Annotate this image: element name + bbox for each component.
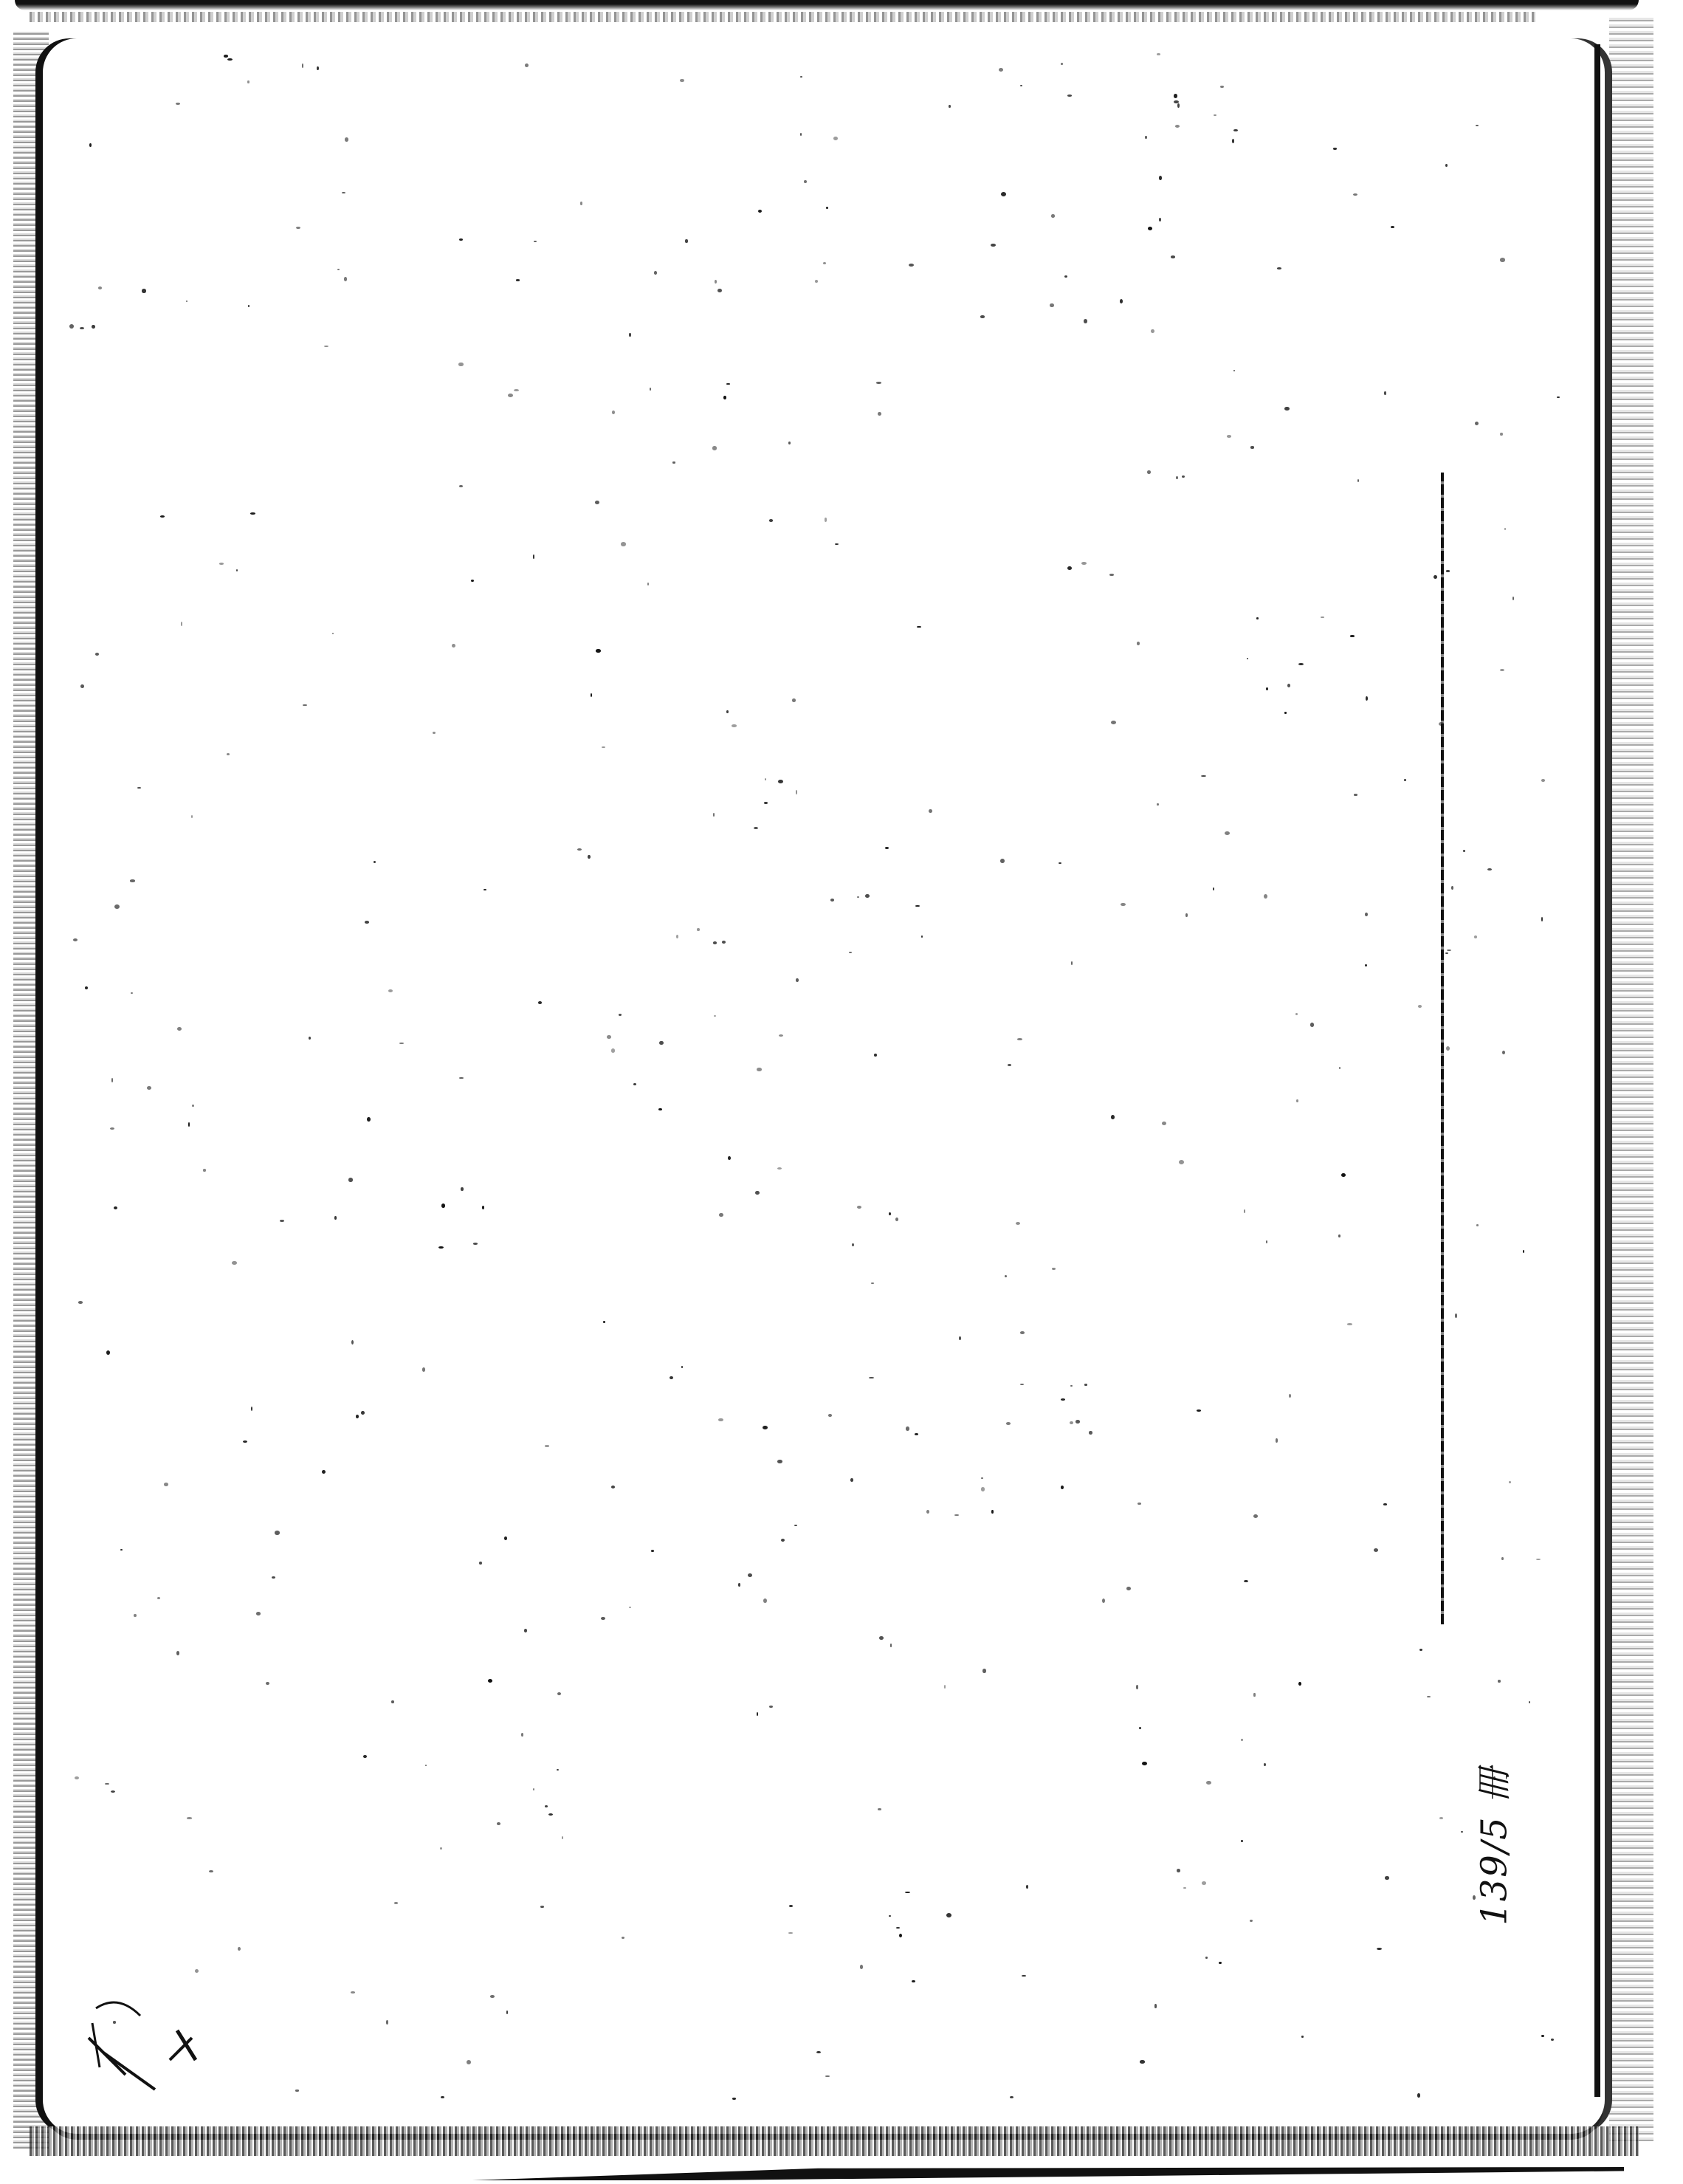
paper-speck	[98, 286, 102, 289]
paper-speck	[857, 896, 859, 898]
paper-speck	[1338, 1234, 1340, 1237]
paper-speck	[1174, 100, 1179, 103]
paper-speck	[1244, 1209, 1245, 1213]
paper-speck	[885, 847, 889, 849]
paper-speck	[1157, 803, 1159, 806]
paper-speck	[1321, 617, 1324, 619]
corner-scribble-marks	[74, 1949, 207, 2097]
paper-speck	[1541, 779, 1545, 782]
paper-speck	[1447, 950, 1451, 951]
paper-speck	[1177, 103, 1179, 108]
paper-speck	[388, 989, 393, 992]
paper-speck	[1157, 53, 1160, 55]
paper-speck	[1277, 267, 1281, 269]
paper-speck	[192, 1105, 195, 1107]
paper-speck	[890, 1644, 892, 1646]
paper-speck	[1017, 1038, 1022, 1040]
paper-speck	[905, 1892, 910, 1893]
paper-speck	[755, 1191, 760, 1195]
paper-speck	[504, 1536, 507, 1540]
paper-speck	[852, 1243, 854, 1246]
paper-speck	[712, 446, 717, 450]
paper-speck	[723, 396, 726, 399]
paper-speck	[991, 1510, 994, 1513]
paper-speck	[789, 1905, 793, 1907]
paper-speck	[781, 1539, 785, 1542]
paper-speck	[514, 389, 519, 391]
paper-speck	[142, 289, 146, 292]
paper-speck	[980, 315, 984, 317]
paper-speck	[195, 1969, 199, 1973]
paper-speck	[69, 324, 74, 329]
paper-speck	[1145, 136, 1147, 138]
paper-speck	[1365, 964, 1366, 966]
paper-speck	[545, 1805, 548, 1807]
paper-speck	[815, 280, 818, 283]
vertical-ruled-line	[1441, 473, 1444, 1624]
cover-board	[43, 38, 1605, 2134]
paper-speck	[1365, 913, 1368, 917]
paper-speck	[796, 790, 797, 794]
paper-speck	[176, 103, 181, 105]
paper-speck	[926, 1510, 929, 1514]
paper-speck	[1446, 570, 1450, 571]
paper-speck	[1061, 1486, 1064, 1489]
paper-speck	[1206, 1781, 1211, 1785]
paper-speck	[1120, 299, 1123, 303]
paper-speck	[982, 1669, 986, 1672]
paper-speck	[1509, 1481, 1511, 1483]
paper-speck	[348, 1178, 353, 1181]
paper-speck	[187, 1817, 192, 1819]
paper-speck	[1463, 850, 1465, 852]
paper-speck	[524, 1629, 528, 1632]
paper-speck	[915, 1433, 918, 1435]
paper-speck	[816, 2051, 821, 2053]
paper-speck	[1227, 435, 1231, 438]
paper-speck	[422, 1367, 425, 1372]
paper-speck	[1418, 1005, 1422, 1008]
paper-speck	[1140, 2060, 1145, 2063]
paper-speck	[1179, 1160, 1184, 1164]
paper-speck	[176, 1651, 179, 1655]
paper-speck	[865, 894, 870, 898]
paper-speck	[1298, 1682, 1301, 1686]
paper-speck	[224, 55, 228, 57]
paper-speck	[130, 879, 134, 882]
paper-speck	[1385, 1876, 1389, 1879]
paper-speck	[317, 66, 319, 70]
paper-speck	[545, 1445, 549, 1446]
paper-speck	[1001, 192, 1006, 196]
paper-speck	[1026, 1885, 1028, 1889]
paper-speck	[672, 461, 676, 463]
paper-speck	[1474, 935, 1477, 938]
paper-speck	[1075, 1420, 1080, 1423]
paper-speck	[1473, 1895, 1475, 1900]
paper-speck	[1461, 1831, 1463, 1833]
paper-speck	[1500, 433, 1502, 436]
paper-speck	[1142, 1762, 1147, 1765]
paper-speck	[1197, 1409, 1201, 1411]
paper-speck	[296, 227, 300, 229]
paper-speck	[548, 1813, 553, 1816]
paper-speck	[473, 1243, 478, 1244]
paper-speck	[280, 1220, 283, 1221]
paper-speck	[540, 1906, 544, 1908]
paper-speck	[1298, 663, 1304, 665]
paper-speck	[1333, 148, 1337, 150]
paper-speck	[611, 1486, 614, 1488]
paper-speck	[1310, 1023, 1314, 1026]
paper-speck	[758, 210, 762, 213]
paper-speck	[275, 1531, 280, 1534]
paper-speck	[1439, 722, 1444, 726]
paper-speck	[765, 778, 766, 780]
paper-speck	[1008, 1064, 1011, 1066]
paper-speck	[227, 58, 232, 61]
paper-speck	[1064, 275, 1067, 278]
paper-speck	[488, 1679, 492, 1683]
paper-speck	[131, 992, 133, 995]
paper-speck	[160, 515, 165, 518]
paper-speck	[1000, 859, 1005, 863]
paper-speck	[337, 269, 340, 270]
paper-speck	[251, 1407, 252, 1411]
paper-speck	[895, 1218, 898, 1221]
paper-speck	[779, 1034, 783, 1037]
paper-speck	[651, 1550, 654, 1552]
paper-speck	[232, 1261, 236, 1265]
paper-speck	[1266, 687, 1268, 690]
paper-speck	[367, 1117, 370, 1122]
bottom-edge-texture	[30, 2126, 1639, 2156]
paper-speck	[1205, 1957, 1208, 1958]
paper-speck	[110, 1127, 114, 1130]
paper-speck	[322, 1470, 326, 1474]
paper-speck	[1006, 1422, 1011, 1425]
paper-speck	[588, 855, 591, 859]
paper-speck	[459, 485, 463, 487]
paper-speck	[917, 626, 920, 628]
paper-speck	[113, 2021, 115, 2024]
bottom-binding-edge	[472, 2167, 1624, 2180]
paper-speck	[73, 938, 78, 941]
paper-speck	[602, 746, 605, 748]
paper-speck	[1253, 1514, 1258, 1518]
paper-speck	[580, 202, 582, 205]
paper-speck	[949, 105, 951, 108]
paper-speck	[1512, 597, 1514, 600]
paper-speck	[1276, 1438, 1278, 1443]
paper-speck	[715, 280, 717, 284]
paper-speck	[1250, 1920, 1253, 1922]
paper-speck	[1500, 258, 1505, 261]
paper-speck	[912, 1980, 915, 1982]
paper-speck	[1139, 1727, 1141, 1729]
paper-speck	[508, 394, 513, 397]
paper-speck	[1233, 370, 1235, 371]
paper-speck	[114, 904, 120, 909]
paper-speck	[876, 382, 881, 383]
paper-speck	[857, 1206, 861, 1209]
paper-speck	[1089, 1431, 1092, 1435]
paper-speck	[896, 1927, 900, 1929]
paper-speck	[697, 928, 700, 931]
paper-speck	[1339, 1067, 1340, 1069]
paper-speck	[1154, 2004, 1157, 2008]
handwritten-note-text: 139/5 冊	[1466, 1766, 1517, 1926]
paper-speck	[203, 1169, 206, 1171]
paper-speck	[757, 1068, 762, 1071]
paper-speck	[181, 622, 182, 626]
paper-speck	[557, 1769, 559, 1771]
paper-speck	[874, 1054, 877, 1057]
paper-speck	[399, 1043, 404, 1044]
paper-speck	[1185, 913, 1188, 917]
paper-speck	[1137, 642, 1140, 645]
paper-speck	[236, 569, 238, 571]
paper-speck	[1434, 575, 1437, 580]
paper-speck	[769, 1706, 773, 1708]
paper-speck	[878, 1808, 881, 1810]
paper-speck	[1284, 712, 1287, 713]
paper-speck	[757, 1712, 758, 1715]
paper-speck	[670, 1376, 673, 1379]
paper-speck	[302, 63, 303, 68]
paper-speck	[595, 501, 599, 504]
paper-speck	[906, 1426, 910, 1431]
paper-speck	[1051, 214, 1055, 217]
paper-speck	[728, 1156, 730, 1160]
paper-speck	[1136, 1685, 1138, 1689]
paper-speck	[596, 649, 600, 653]
paper-speck	[777, 1167, 782, 1170]
paper-speck	[878, 412, 881, 416]
paper-speck	[111, 1078, 113, 1082]
paper-speck	[796, 978, 799, 982]
paper-speck	[562, 1836, 563, 1839]
paper-speck	[391, 1700, 393, 1703]
paper-speck	[792, 698, 796, 701]
paper-speck	[804, 180, 807, 183]
paper-speck	[243, 1440, 247, 1443]
paper-speck	[1404, 779, 1406, 781]
paper-speck	[621, 542, 626, 546]
paper-speck	[452, 644, 455, 648]
paper-speck	[1350, 635, 1354, 637]
paper-speck	[719, 1213, 723, 1217]
paper-speck	[654, 271, 657, 274]
paper-speck	[622, 1937, 624, 1939]
paper-speck	[869, 1377, 874, 1378]
paper-speck	[1498, 1680, 1501, 1683]
paper-speck	[1109, 574, 1113, 577]
paper-speck	[256, 1612, 261, 1615]
paper-speck	[722, 941, 726, 944]
paper-speck	[1174, 94, 1177, 97]
paper-speck	[250, 512, 255, 515]
paper-speck	[1284, 407, 1290, 411]
paper-speck	[612, 411, 616, 414]
paper-speck	[440, 1847, 442, 1850]
paper-speck	[680, 79, 684, 83]
paper-speck	[889, 1915, 891, 1917]
paper-speck	[909, 264, 914, 267]
paper-speck	[458, 363, 463, 366]
paper-speck	[1176, 476, 1178, 478]
paper-speck	[227, 753, 230, 755]
paper-speck	[1264, 894, 1267, 899]
paper-speck	[356, 1415, 359, 1418]
handwritten-shelf-mark: 139/5 冊	[1447, 1779, 1535, 1912]
paper-speck	[713, 941, 717, 944]
paper-speck	[607, 1035, 611, 1039]
paper-speck	[1529, 1701, 1530, 1703]
paper-speck	[732, 724, 737, 727]
paper-speck	[1417, 2093, 1420, 2097]
paper-speck	[1377, 1948, 1381, 1950]
paper-speck	[1341, 1173, 1346, 1177]
paper-speck	[147, 1086, 151, 1090]
scanned-page: 139/5 冊	[0, 0, 1683, 2184]
paper-speck	[467, 2060, 471, 2064]
paper-speck	[78, 1301, 83, 1303]
top-edge-texture	[30, 12, 1535, 22]
paper-speck	[1253, 1693, 1255, 1697]
paper-speck	[525, 63, 529, 67]
paper-speck	[533, 554, 535, 558]
paper-speck	[726, 710, 729, 714]
paper-speck	[1241, 1739, 1243, 1741]
paper-speck	[219, 563, 224, 565]
paper-speck	[1500, 669, 1504, 671]
paper-speck	[1084, 1384, 1087, 1385]
right-spine-line	[1594, 44, 1600, 2097]
paper-speck	[685, 239, 688, 242]
paper-speck	[1020, 85, 1022, 86]
paper-speck	[105, 1783, 109, 1785]
paper-speck	[769, 519, 774, 522]
paper-speck	[106, 1350, 110, 1355]
right-edge-texture	[1609, 15, 1653, 2141]
paper-speck	[441, 1203, 445, 1208]
paper-speck	[459, 238, 463, 241]
paper-speck	[1354, 794, 1357, 795]
paper-speck	[1501, 1557, 1504, 1560]
paper-speck	[351, 1340, 354, 1345]
paper-speck	[120, 1549, 123, 1551]
paper-speck	[1081, 562, 1086, 565]
top-binding-edge	[15, 0, 1639, 10]
paper-speck	[1202, 1881, 1206, 1885]
paper-speck	[1182, 475, 1185, 478]
paper-speck	[1201, 775, 1206, 777]
paper-speck	[1177, 1869, 1180, 1872]
paper-speck	[1250, 446, 1255, 448]
paper-speck	[659, 1041, 663, 1045]
paper-speck	[186, 301, 187, 302]
paper-speck	[915, 905, 920, 907]
paper-speck	[1347, 1323, 1352, 1325]
paper-speck	[1475, 422, 1479, 425]
paper-speck	[1022, 1975, 1026, 1977]
paper-speck	[777, 1460, 782, 1463]
paper-speck	[1233, 129, 1238, 131]
paper-speck	[1121, 903, 1126, 906]
paper-speck	[981, 1487, 985, 1491]
paper-speck	[332, 633, 334, 634]
paper-speck	[828, 1414, 832, 1417]
paper-speck	[826, 207, 827, 209]
paper-speck	[1067, 95, 1072, 97]
paper-speck	[351, 1991, 355, 1993]
paper-speck	[778, 780, 783, 783]
paper-speck	[1126, 1587, 1131, 1591]
paper-speck	[295, 2089, 299, 2091]
paper-speck	[438, 1246, 444, 1249]
paper-speck	[80, 684, 83, 688]
paper-speck	[825, 518, 827, 522]
paper-speck	[1171, 255, 1175, 258]
paper-speck	[1010, 2096, 1013, 2098]
paper-speck	[763, 1598, 767, 1603]
paper-speck	[247, 80, 249, 83]
